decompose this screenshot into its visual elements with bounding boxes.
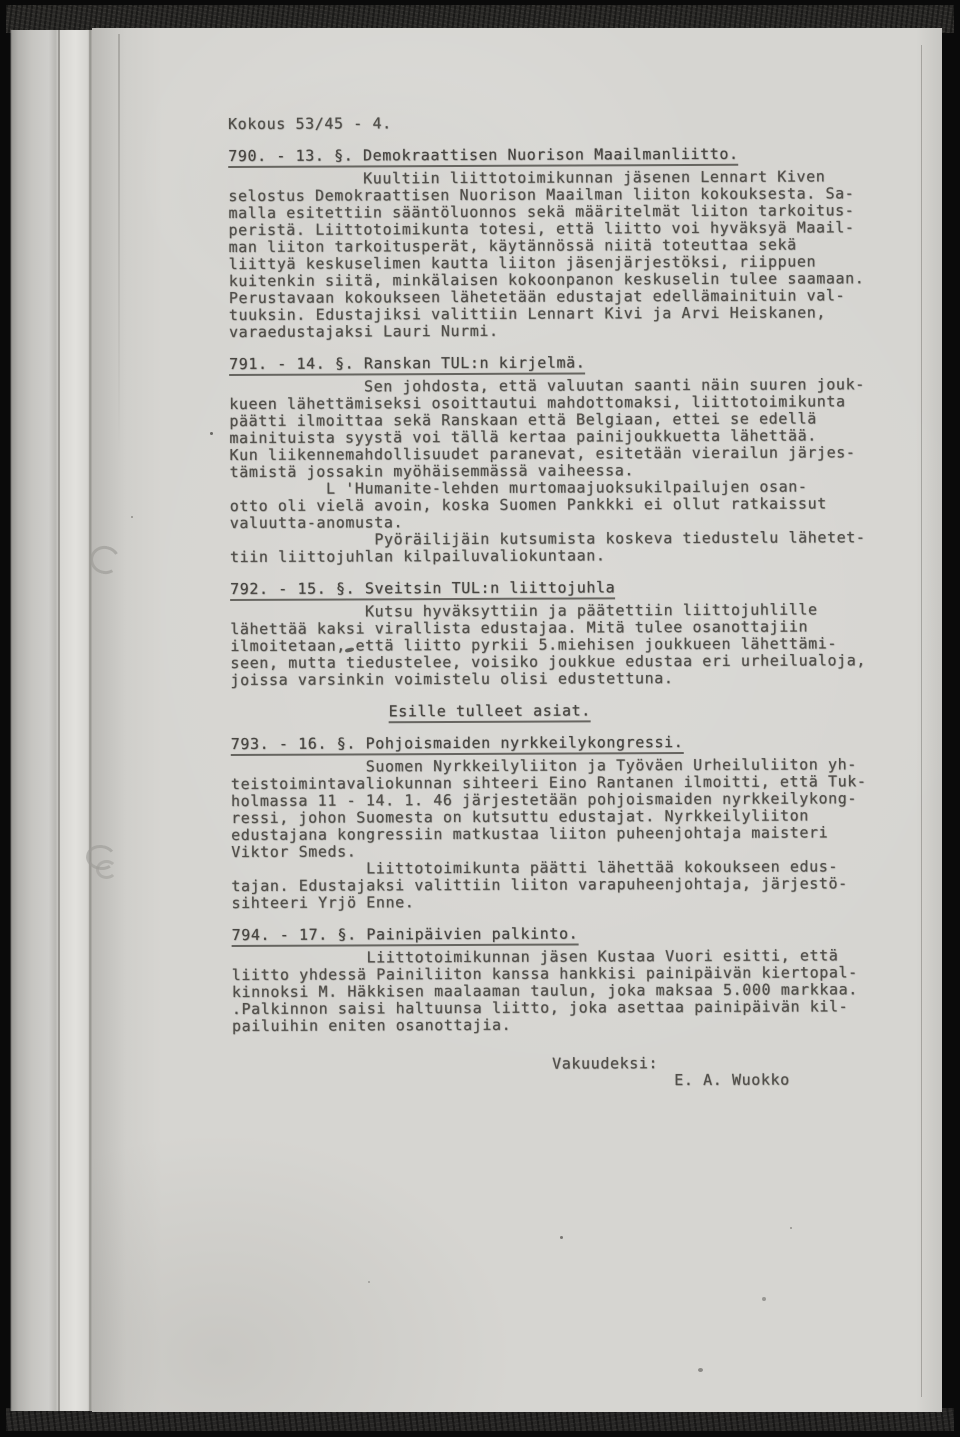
- text-line: tiin liittojuhlan kilpailuvaliokuntaan.: [230, 546, 914, 566]
- signature-name: E. A. Wuokko: [674, 1071, 916, 1089]
- text-line: sihteeri Yrjö Enne.: [231, 892, 915, 912]
- punch-hole-mark: [96, 860, 117, 879]
- section-heading: 792. - 15. §. Sveitsin TUL:n liittojuhla: [230, 578, 914, 598]
- ink-speck: [790, 1227, 792, 1229]
- text-line: pailuihin eniten osanottajia.: [232, 1015, 916, 1035]
- section-heading: 794. - 17. §. Painipäivien palkinto.: [232, 924, 916, 944]
- heading-text: 792. - 15. §. Sveitsin TUL:n liittojuhla: [230, 578, 615, 601]
- document-blocks: 790. - 13. §. Demokraattisen Nuorison Ma…: [228, 145, 916, 1035]
- section-heading: 793. - 16. §. Pohjoismaiden nyrkkeilykon…: [231, 733, 915, 753]
- ink-speck: [368, 1281, 370, 1283]
- text-line: .Palkinnon saisi haltuunsa liitto, joka …: [232, 998, 916, 1018]
- page-edge-line: [58, 30, 60, 1411]
- heading-text: 791. - 14. §. Ranskan TUL:n kirjelmä.: [229, 353, 585, 376]
- heading-text: 794. - 17. §. Painipäivien palkinto.: [232, 924, 579, 947]
- paragraph: Kuultiin liittotoimikunnan jäsenen Lenna…: [228, 168, 913, 341]
- heading-text: 793. - 16. §. Pohjoismaiden nyrkkeilykon…: [231, 733, 684, 756]
- bound-page-edges: [10, 30, 94, 1411]
- page-right-edge-line: [921, 45, 922, 1397]
- scanned-minutes-photo: Kokous 53/45 - 4. 790. - 13. §. Demokraa…: [0, 0, 960, 1437]
- page-edge-line: [89, 30, 91, 1411]
- closing-attestation: Vakuudeksi: E. A. Wuokko: [232, 1054, 916, 1091]
- text-line: joissa varsinkin voimistelu olisi eduste…: [230, 669, 914, 689]
- text-line: otto oli vielä avoin, koska Suomen Pankk…: [230, 495, 914, 515]
- ink-speck: [210, 432, 213, 435]
- text-line: varaedustajaksi Lauri Nurmi.: [229, 321, 913, 341]
- paragraph: Suomen Nyrkkeilyliiton ja Työväen Urheil…: [231, 756, 916, 912]
- typewritten-text: Kokous 53/45 - 4. 790. - 13. §. Demokraa…: [228, 113, 916, 1091]
- paragraph: Kutsu hyväksyttiin ja päätettiin liittoj…: [230, 601, 914, 689]
- ink-speck: [131, 516, 133, 518]
- ink-speck: [560, 1236, 563, 1239]
- text-line: tuuksin. Edustajiksi valittiin Lennart K…: [229, 304, 913, 324]
- heading-text: Esille tulleet asiat.: [389, 701, 591, 723]
- text-line: tajan. Edustajaksi valittiin liiton vara…: [231, 875, 915, 895]
- center-heading: Esille tulleet asiat.: [389, 701, 915, 720]
- ink-speck: [762, 1297, 766, 1301]
- ink-speck: [698, 1368, 703, 1372]
- heading-text: 790. - 13. §. Demokraattisen Nuorison Ma…: [228, 145, 739, 168]
- text-line: edustajana kongressiin matkustaa liiton …: [231, 824, 915, 844]
- paragraph: Liittotoimikunnan jäsen Kustaa Vuori esi…: [232, 947, 916, 1035]
- paragraph: Sen johdosta, että valuutan saanti näin …: [229, 376, 914, 566]
- section-heading: 791. - 14. §. Ranskan TUL:n kirjelmä.: [229, 353, 913, 373]
- page-crease: [118, 34, 120, 454]
- section-heading: 790. - 13. §. Demokraattisen Nuorison Ma…: [228, 145, 912, 165]
- page-header: Kokous 53/45 - 4.: [228, 113, 912, 133]
